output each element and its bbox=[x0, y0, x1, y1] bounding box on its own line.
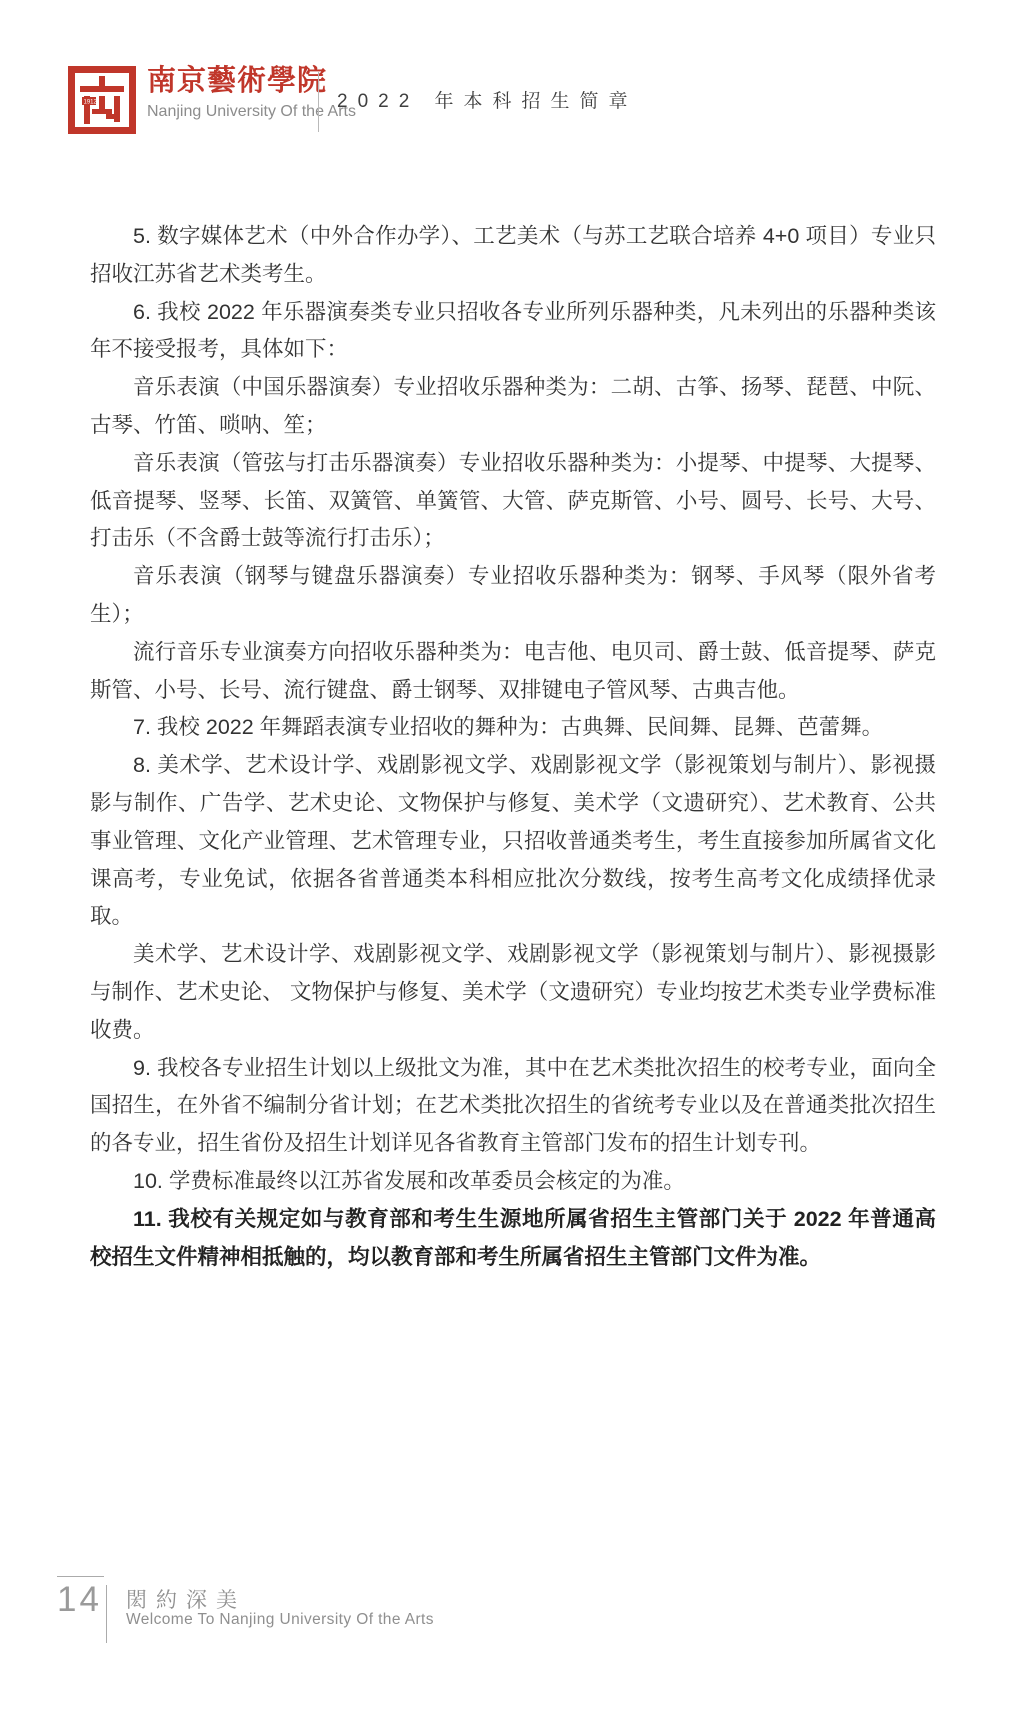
paragraph: 10. 学费标准最终以江苏省发展和改革委员会核定的为准。 bbox=[90, 1163, 936, 1201]
paragraph: 9. 我校各专业招生计划以上级批文为准，其中在艺术类批次招生的校考专业，面向全国… bbox=[90, 1050, 936, 1163]
paragraph: 6. 我校 2022 年乐器演奏类专业只招收各专业所列乐器种类，凡未列出的乐器种… bbox=[90, 294, 936, 370]
header-divider bbox=[318, 72, 319, 132]
paragraph-list: 5. 数字媒体艺术（中外合作办学）、工艺美术（与苏工艺联合培养 4+0 项目）专… bbox=[90, 218, 936, 1276]
university-seal-icon: 1912 bbox=[68, 66, 136, 134]
paragraph: 美术学、艺术设计学、戏剧影视文学、戏剧影视文学（影视策划与制片）、影视摄影与制作… bbox=[90, 936, 936, 1049]
paragraph: 7. 我校 2022 年舞蹈表演专业招收的舞种为：古典舞、民间舞、昆舞、芭蕾舞。 bbox=[90, 709, 936, 747]
university-name-zh: 南京藝術學院 bbox=[147, 60, 312, 102]
svg-text:1912: 1912 bbox=[84, 100, 98, 106]
school-motto: 閎約深美 bbox=[126, 1584, 246, 1614]
paragraph: 音乐表演（钢琴与键盘乐器演奏）专业招收乐器种类为：钢琴、手风琴（限外省考生）； bbox=[90, 558, 936, 634]
university-brand: 南京藝術學院 Nanjing University Of the Arts bbox=[147, 60, 312, 122]
paragraph: 流行音乐专业演奏方向招收乐器种类为：电吉他、电贝司、爵士鼓、低音提琴、萨克斯管、… bbox=[90, 634, 936, 710]
paragraph: 音乐表演（管弦与打击乐器演奏）专业招收乐器种类为：小提琴、中提琴、大提琴、低音提… bbox=[90, 445, 936, 558]
brochure-page: 1912 南京藝術學院 Nanjing University Of the Ar… bbox=[0, 0, 1024, 1723]
brochure-title: 2022 年本科招生简章 bbox=[337, 86, 638, 113]
paragraph: 5. 数字媒体艺术（中外合作办学）、工艺美术（与苏工艺联合培养 4+0 项目）专… bbox=[90, 218, 936, 294]
footer-divider bbox=[106, 1585, 107, 1643]
page-number: 14 bbox=[57, 1580, 102, 1620]
page-number-rule bbox=[57, 1576, 104, 1577]
paragraph: 11. 我校有关规定如与教育部和考生生源地所属省招生主管部门关于 2022 年普… bbox=[90, 1201, 936, 1277]
university-name-en: Nanjing University Of the Arts bbox=[147, 102, 312, 122]
footer-welcome-text: Welcome To Nanjing University Of the Art… bbox=[126, 1611, 434, 1629]
paragraph: 音乐表演（中国乐器演奏）专业招收乐器种类为：二胡、古筝、扬琴、琵琶、中阮、古琴、… bbox=[90, 369, 936, 445]
paragraph: 8. 美术学、艺术设计学、戏剧影视文学、戏剧影视文学（影视策划与制片）、影视摄影… bbox=[90, 747, 936, 936]
